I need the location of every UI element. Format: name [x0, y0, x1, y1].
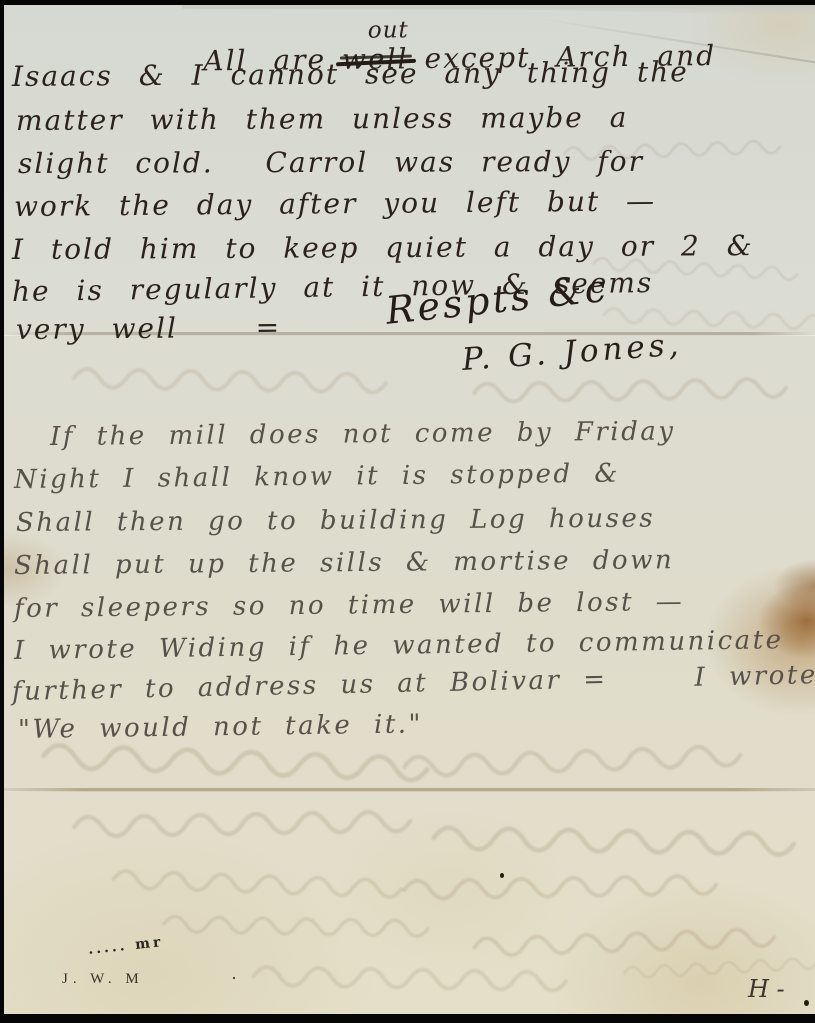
letter-line: Isaacs & I cannot see any thing the: [12, 57, 689, 93]
signature: P. G. Jones,: [461, 328, 684, 377]
letter-line: slight cold. Carrol was ready for: [18, 147, 644, 180]
ink-speck: [500, 873, 504, 878]
ink-speck: [233, 977, 235, 979]
postscript-line: "We would not take it.": [18, 710, 423, 744]
postscript-line: I wrote Widing if he wanted to communica…: [14, 626, 784, 665]
postscript-line: further to address us at Bolivar = I wro…: [12, 661, 815, 706]
postscript-line: for sleepers so no time will be lost —: [14, 588, 685, 624]
fold-crease-lower: [4, 788, 815, 792]
archivist-stamp: ..... mr: [87, 934, 164, 958]
postscript-line: Night I shall know it is stopped &: [14, 460, 620, 495]
postscript-line: Shall put up the sills & mortise down: [14, 546, 674, 580]
scanned-letter-page: All areoutwellexcept Arch and Isaacs & I…: [0, 0, 815, 1023]
letter-paper: All areoutwellexcept Arch and Isaacs & I…: [4, 5, 815, 1014]
letter-line: matter with them unless maybe a: [16, 103, 629, 137]
archivist-initials: J. W. M: [62, 971, 144, 988]
inserted-word: out: [368, 18, 409, 44]
page-mark: H -: [748, 975, 785, 1003]
letter-line: very well =: [16, 313, 281, 346]
postscript-line: If the mill does not come by Friday: [50, 418, 676, 452]
letter-line: I told him to keep quiet a day or 2 &: [12, 231, 754, 266]
ink-speck: [804, 1000, 809, 1006]
postscript-line: Shall then go to building Log houses: [16, 505, 655, 538]
letter-line: work the day after you left but —: [14, 186, 656, 222]
